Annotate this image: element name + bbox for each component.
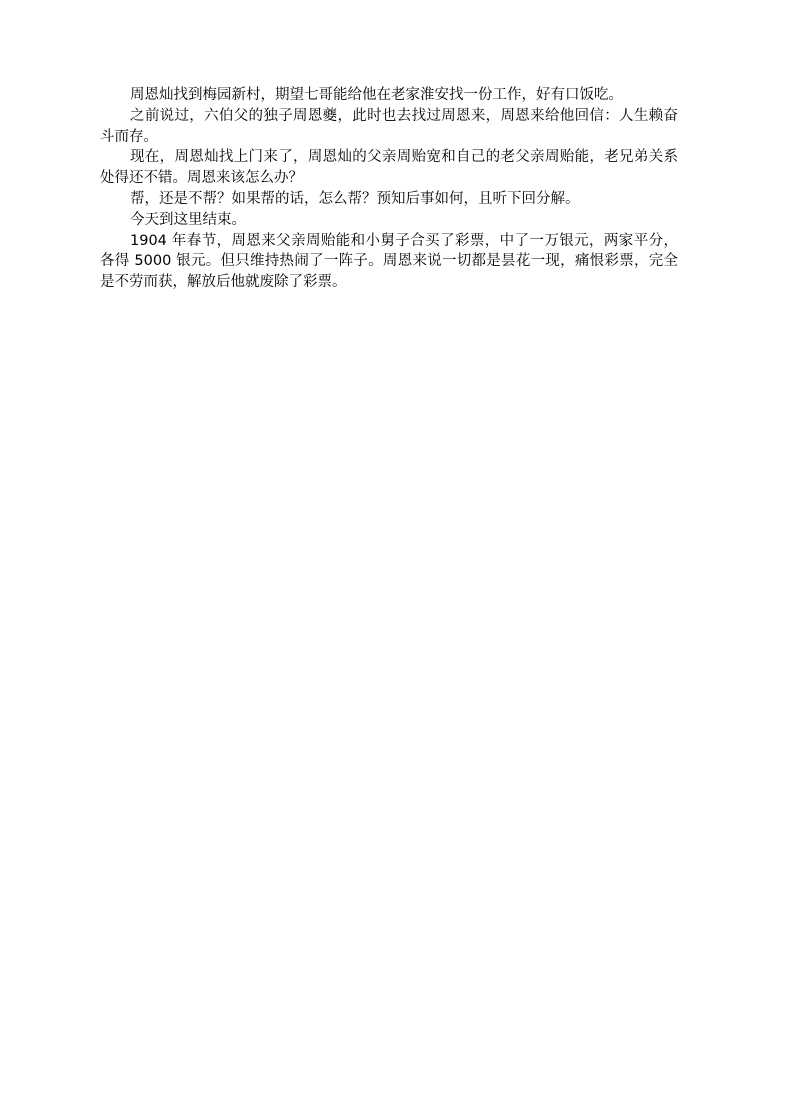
document-page: 周恩灿找到梅园新村，期望七哥能给他在老家淮安找一份工作，好有口饭吃。 之前说过，… bbox=[100, 85, 678, 293]
paragraph-5: 今天到这里结束。 bbox=[100, 210, 678, 231]
paragraph-3: 现在，周恩灿找上门来了，周恩灿的父亲周贻宽和自己的老父亲周贻能，老兄弟关系处得还… bbox=[100, 147, 678, 189]
paragraph-1: 周恩灿找到梅园新村，期望七哥能给他在老家淮安找一份工作，好有口饭吃。 bbox=[100, 85, 678, 106]
paragraph-2: 之前说过，六伯父的独子周恩夔，此时也去找过周恩来，周恩来给他回信：人生赖奋斗而存… bbox=[100, 106, 678, 148]
paragraph-6: 1904 年春节，周恩来父亲周贻能和小舅子合买了彩票，中了一万银元，两家平分，各… bbox=[100, 231, 678, 293]
paragraph-4: 帮，还是不帮？如果帮的话，怎么帮？预知后事如何，且听下回分解。 bbox=[100, 189, 678, 210]
